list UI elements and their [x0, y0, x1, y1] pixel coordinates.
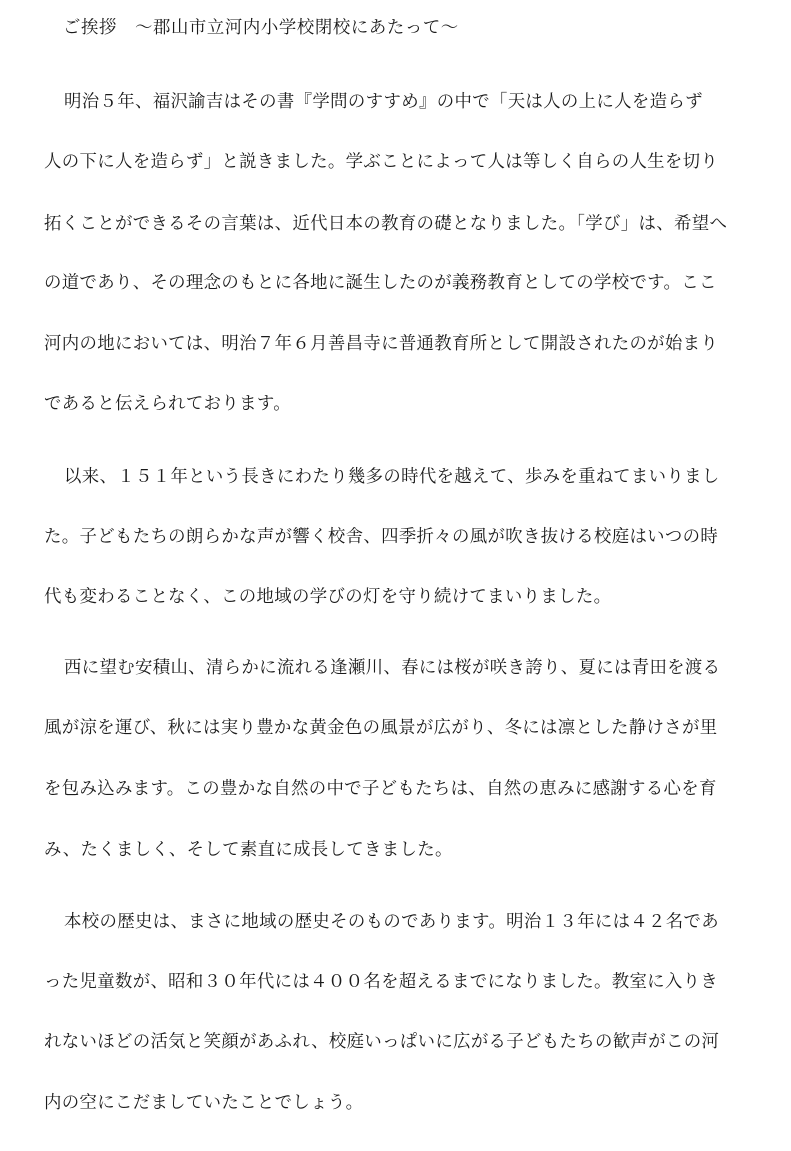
- paragraph-line: 明治５年、福沢諭吉はその書『学問のすすめ』の中で「天は人の上に人を造らず: [64, 91, 703, 113]
- paragraph-line: 代も変わることなく、この地域の学びの灯を守り続けてまいりました。: [44, 586, 611, 608]
- paragraph-line: 西に望む安積山、清らかに流れる逢瀬川、春には桜が咲き誇り、夏には青田を渡る: [64, 657, 720, 679]
- paragraph-line: 河内の地においては、明治７年６月善昌寺に普通教育所として開設されたのが始まり: [44, 333, 718, 355]
- paragraph-line: 内の空にこだましていたことでしょう。: [44, 1092, 363, 1114]
- paragraph-line: た。子どもたちの朗らかな声が響く校舎、四季折々の風が吹き抜ける校庭はいつの時: [44, 526, 718, 548]
- paragraph-line: であると伝えられております。: [44, 393, 291, 415]
- paragraph-line: った児童数が、昭和３０年代には４００名を超えるまでになりました。教室に入りき: [44, 971, 718, 993]
- paragraph-line: 風が涼を運び、秋には実り豊かな黄金色の風景が広がり、冬には凛とした静けさが里: [44, 717, 717, 739]
- paragraph-line: の道であり、その理念のもとに各地に誕生したのが義務教育としての学校です。ここ: [44, 272, 717, 294]
- paragraph-line: 本校の歴史は、まさに地域の歴史そのものであります。明治１３年には４２名であ: [64, 911, 719, 933]
- paragraph-line: み、たくましく、そして素直に成長してきました。: [44, 839, 453, 861]
- paragraph-line: を包み込みます。この豊かな自然の中で子どもたちは、自然の恵みに感謝する心を育: [44, 778, 717, 800]
- paragraph-line: 以来、１５１年という長きにわたり幾多の時代を越えて、歩みを重ねてまいりまし: [64, 466, 720, 488]
- document-title: ご挨拶 ～郡山市立河内小学校閉校にあたって～: [63, 17, 459, 39]
- paragraph-line: れないほどの活気と笑顔があふれ、校庭いっぱいに広がる子どもたちの歓声がこの河: [44, 1031, 719, 1053]
- document-page: ご挨拶 ～郡山市立河内小学校閉校にあたって～ 明治５年、福沢諭吉はその書『学問の…: [0, 0, 791, 1151]
- paragraph-line: 拓くことができるその言葉は、近代日本の教育の礎となりました。「学び」は、希望へ: [44, 213, 727, 235]
- paragraph-line: 人の下に人を造らず」と説きました。学ぶことによって人は等しく自らの人生を切り: [44, 151, 718, 173]
